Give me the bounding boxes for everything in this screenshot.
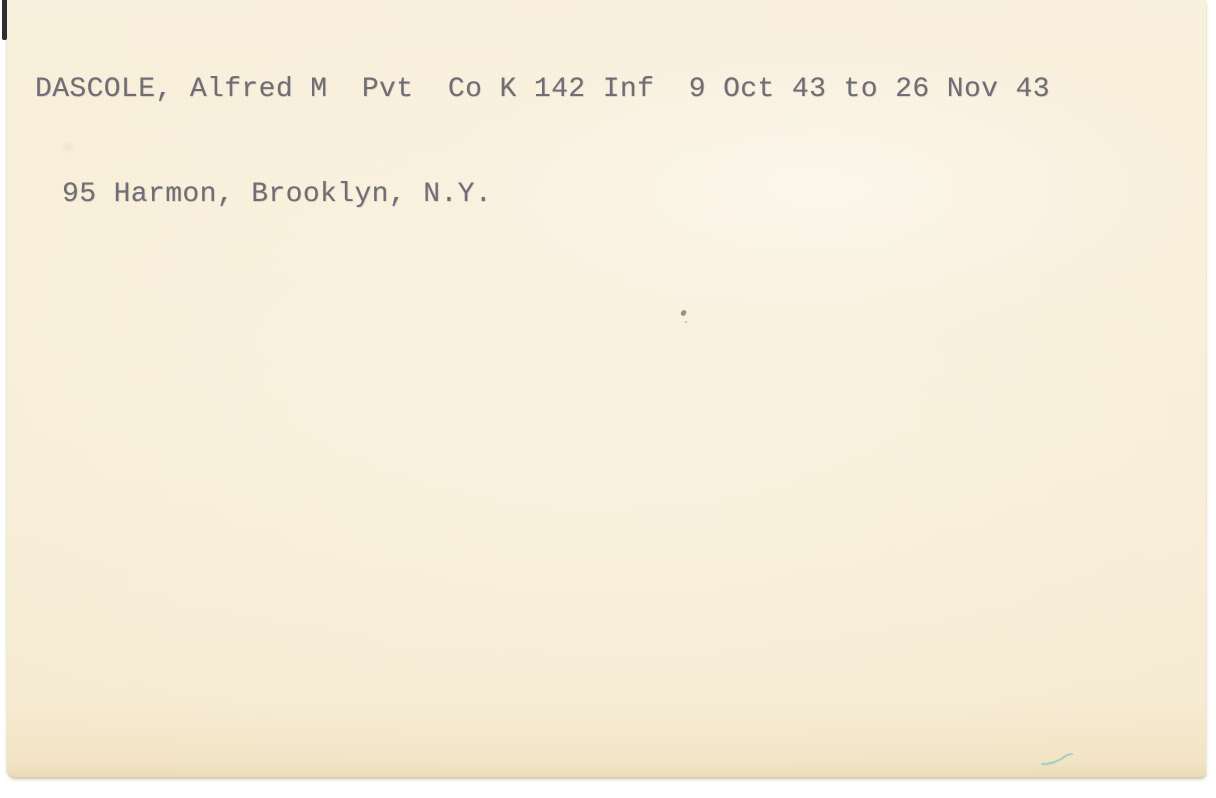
service-record-line: DASCOLE, Alfred M Pvt Co K 142 Inf 9 Oct… <box>35 72 1050 107</box>
paper-smudge <box>59 140 77 154</box>
ink-speck-dot <box>685 321 687 323</box>
typed-text-block: DASCOLE, Alfred M Pvt Co K 142 Inf 9 Oct… <box>35 2 1050 282</box>
pencil-mark <box>1040 752 1074 766</box>
index-card: DASCOLE, Alfred M Pvt Co K 142 Inf 9 Oct… <box>7 0 1206 777</box>
ink-speck <box>680 309 687 316</box>
scan-edge-artifact <box>2 0 7 40</box>
address-line: 95 Harmon, Brooklyn, N.Y. <box>62 177 1050 212</box>
scan-background: DASCOLE, Alfred M Pvt Co K 142 Inf 9 Oct… <box>0 0 1216 798</box>
